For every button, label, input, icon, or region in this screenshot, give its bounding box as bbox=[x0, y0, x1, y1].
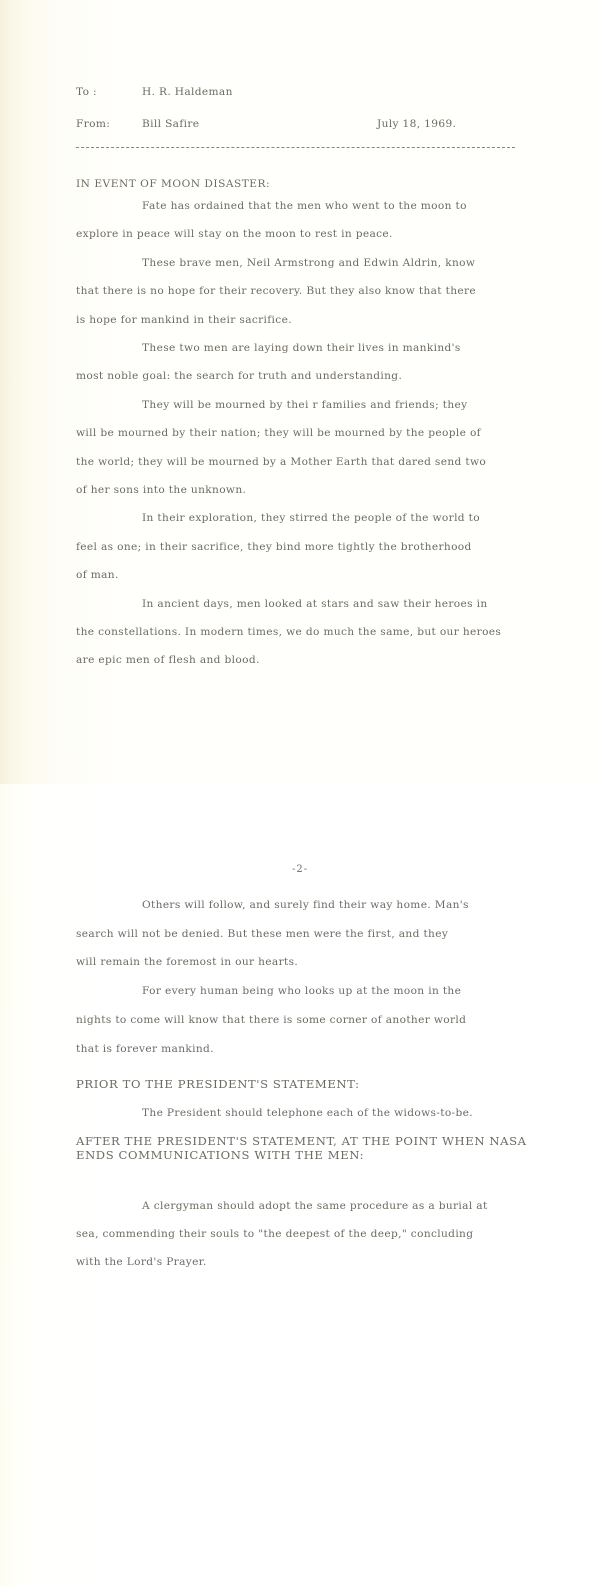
text-line: most noble goal: the search for truth an… bbox=[76, 369, 402, 383]
text-line: Others will follow, and surely find thei… bbox=[142, 898, 469, 912]
text-line: that there is no hope for their recovery… bbox=[76, 284, 476, 298]
text-line: is hope for mankind in their sacrifice. bbox=[76, 313, 292, 327]
memo-date: July 18, 1969. bbox=[377, 117, 456, 131]
text-line: will be mourned by their nation; they wi… bbox=[76, 426, 481, 440]
section-after-heading-line1: AFTER THE PRESIDENT'S STATEMENT, AT THE … bbox=[76, 1134, 527, 1148]
section-after-heading-line2: ENDS COMMUNICATIONS WITH THE MEN: bbox=[76, 1148, 364, 1162]
page-number: -2- bbox=[292, 864, 308, 875]
memo-title: IN EVENT OF MOON DISASTER: bbox=[76, 177, 270, 191]
text-line: of man. bbox=[76, 568, 119, 582]
from-value: Bill Safire bbox=[142, 117, 199, 131]
text-line: These two men are laying down their live… bbox=[142, 341, 461, 355]
text-line: will remain the foremost in our hearts. bbox=[76, 955, 298, 969]
text-line: feel as one; in their sacrifice, they bi… bbox=[76, 540, 472, 554]
dashed-divider bbox=[76, 147, 515, 149]
text-line: These brave men, Neil Armstrong and Edwi… bbox=[142, 256, 475, 270]
text-line: sea, commending their souls to "the deep… bbox=[76, 1227, 473, 1241]
memo-page-1: To : H. R. Haldeman From: Bill Safire Ju… bbox=[0, 0, 600, 784]
section-prior-text: The President should telephone each of t… bbox=[142, 1106, 473, 1120]
to-label: To : bbox=[76, 85, 97, 99]
text-line: For every human being who looks up at th… bbox=[142, 984, 461, 998]
text-line: search will not be denied. But these men… bbox=[76, 927, 448, 941]
text-line: explore in peace will stay on the moon t… bbox=[76, 227, 393, 241]
text-line: that is forever mankind. bbox=[76, 1042, 214, 1056]
text-line: A clergyman should adopt the same proced… bbox=[142, 1199, 488, 1213]
to-value: H. R. Haldeman bbox=[142, 85, 233, 99]
section-prior-heading: PRIOR TO THE PRESIDENT'S STATEMENT: bbox=[76, 1077, 360, 1091]
text-line: In ancient days, men looked at stars and… bbox=[142, 597, 488, 611]
text-line: In their exploration, they stirred the p… bbox=[142, 511, 480, 525]
text-line: nights to come will know that there is s… bbox=[76, 1013, 466, 1027]
text-line: the constellations. In modern times, we … bbox=[76, 625, 501, 639]
text-line: of her sons into the unknown. bbox=[76, 483, 246, 497]
memo-page-2: -2- Others will follow, and surely find … bbox=[0, 784, 600, 1586]
from-label: From: bbox=[76, 117, 110, 131]
text-line: with the Lord's Prayer. bbox=[76, 1255, 207, 1269]
text-line: They will be mourned by thei r families … bbox=[142, 398, 467, 412]
text-line: Fate has ordained that the men who went … bbox=[142, 199, 467, 213]
text-line: are epic men of flesh and blood. bbox=[76, 653, 260, 667]
text-line: the world; they will be mourned by a Mot… bbox=[76, 455, 486, 469]
